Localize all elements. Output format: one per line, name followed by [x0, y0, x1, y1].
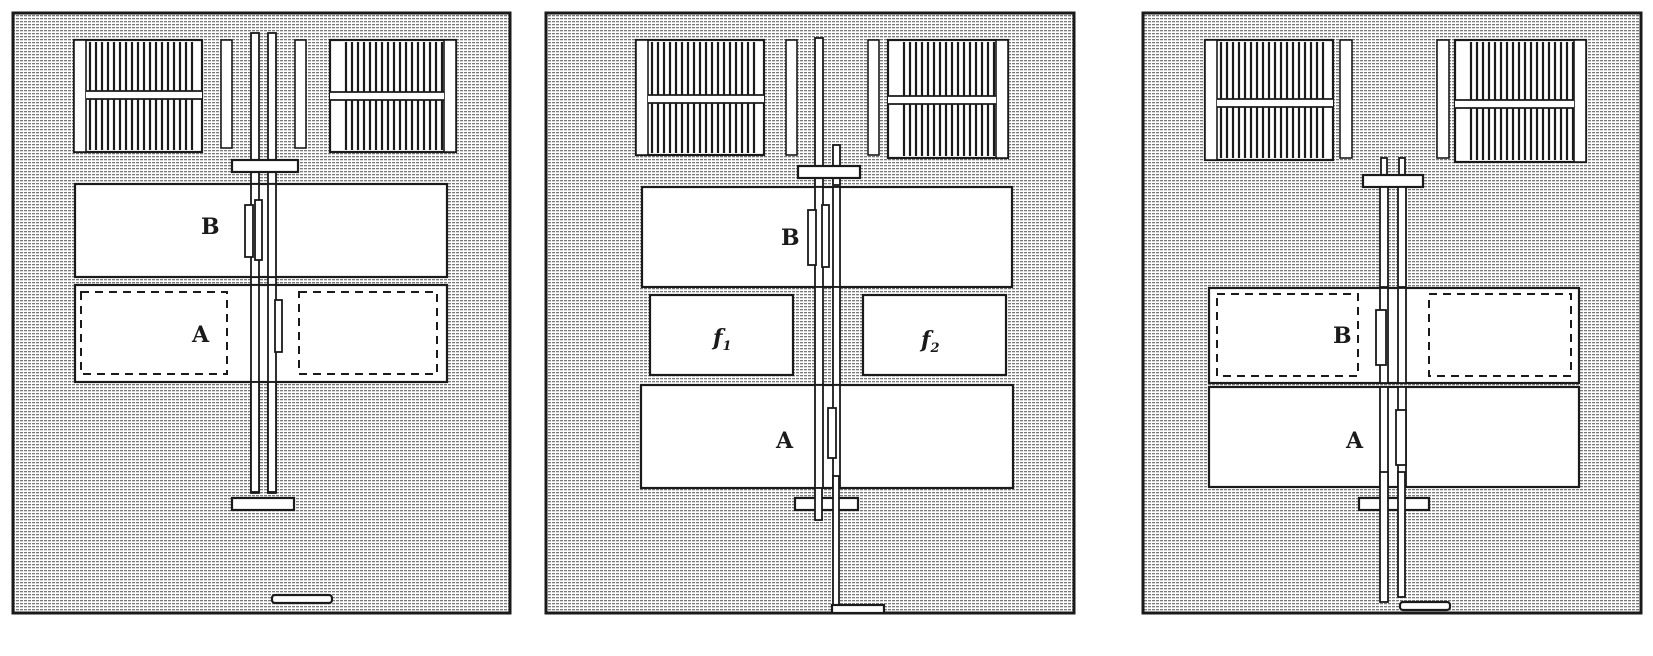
label-b: B [1333, 323, 1352, 349]
block-a [1209, 387, 1579, 487]
panel-3: B A [1143, 13, 1641, 613]
label-b: B [781, 225, 800, 251]
block-a [641, 385, 1013, 488]
upper-crossbar [1363, 175, 1423, 187]
grille-left [636, 40, 764, 155]
handle [272, 595, 332, 603]
panel-1: B A [13, 13, 510, 613]
grille-left [1205, 40, 1333, 160]
diagram-figure: B A [0, 0, 1653, 656]
block-b [1209, 288, 1579, 383]
label-a: A [191, 322, 210, 348]
grille-right [888, 40, 1008, 158]
grille-left [74, 40, 202, 152]
block-a [75, 285, 447, 382]
panel-2: B f1 f2 A [546, 13, 1074, 613]
block-f2 [863, 295, 1006, 375]
grille-right [330, 40, 456, 152]
lower-crossbar [795, 498, 858, 510]
handle [1400, 602, 1450, 610]
label-b: B [201, 214, 220, 240]
handle [832, 605, 884, 613]
label-a: A [1345, 428, 1364, 454]
lower-crossbar [232, 498, 294, 510]
upper-crossbar [798, 166, 860, 178]
lower-crossbar [1359, 498, 1429, 510]
grille-right [1455, 40, 1586, 162]
upper-crossbar [232, 160, 298, 172]
label-a: A [775, 428, 794, 454]
